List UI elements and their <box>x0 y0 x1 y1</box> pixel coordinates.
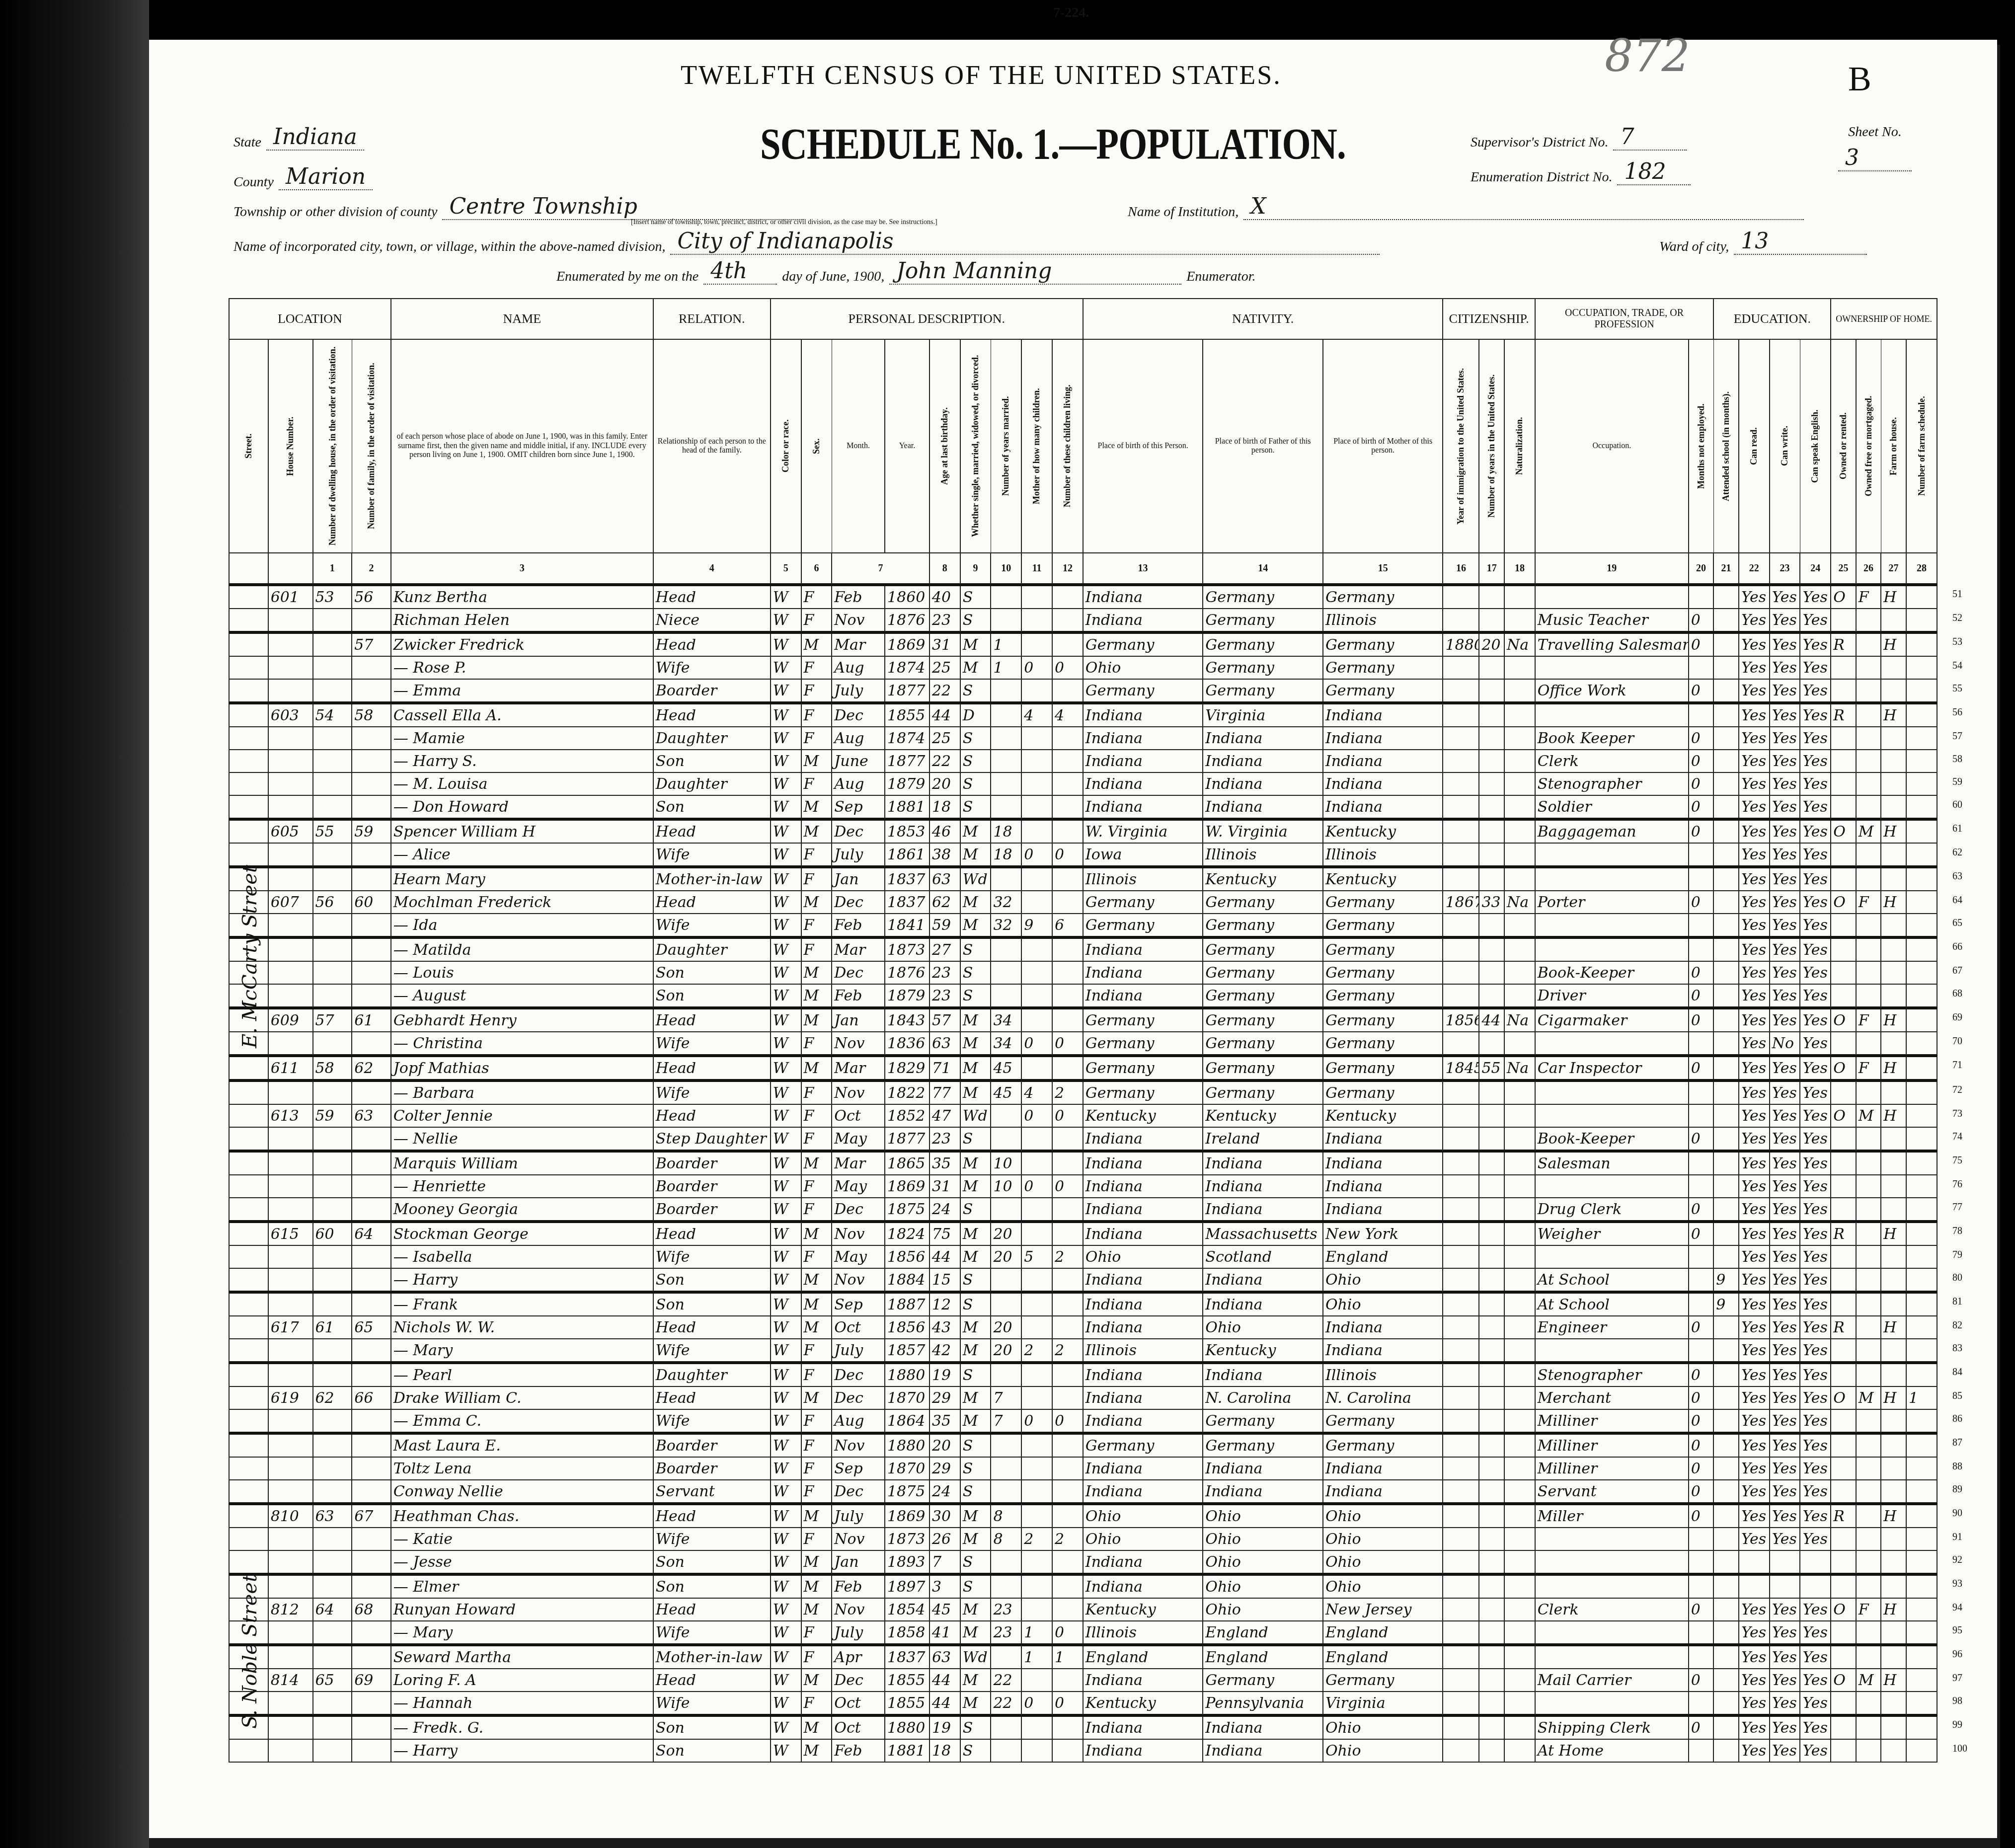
cell-birth: Germany <box>1083 1080 1203 1104</box>
cell-living <box>1052 1386 1083 1409</box>
cell-year: 1869 <box>885 632 930 656</box>
cell-father-birth: Germany <box>1203 609 1323 632</box>
cell-month: Mar <box>832 1056 885 1080</box>
cell-relation: Niece <box>653 609 771 632</box>
cell-read: Yes <box>1739 914 1770 937</box>
cell-yrs-us <box>1479 1316 1504 1339</box>
cell-unemployed <box>1689 1621 1714 1645</box>
col-month: Month. <box>832 339 885 553</box>
cell-mother-birth: Germany <box>1323 1032 1443 1056</box>
cell-natz <box>1504 656 1535 679</box>
cell-name: — M. Louisa <box>391 772 653 795</box>
cell-unemployed: 0 <box>1689 727 1714 750</box>
cell-read: Yes <box>1739 1008 1770 1032</box>
cell-house <box>268 772 313 795</box>
state-label: State <box>233 135 261 151</box>
cell-yrs-us <box>1479 1339 1504 1363</box>
cell-natz <box>1504 1363 1535 1386</box>
cell-father-birth: Indiana <box>1203 1292 1323 1316</box>
col-num: 22 <box>1739 553 1770 585</box>
cell-father-birth: Indiana <box>1203 772 1323 795</box>
table-row: — Emma C.WifeWFAug186435M700IndianaGerma… <box>229 1409 1937 1433</box>
cell-name: Colter Jennie <box>391 1104 653 1127</box>
cell-street <box>229 772 268 795</box>
cell-living: 0 <box>1052 1409 1083 1433</box>
cell-street <box>229 1550 268 1574</box>
cell-children <box>1021 937 1052 961</box>
cell-write: Yes <box>1770 891 1800 914</box>
census-title: TWELFTH CENSUS OF THE UNITED STATES. <box>681 60 1282 90</box>
cell-farm <box>1881 1198 1906 1222</box>
table-row: 6015356Kunz BerthaHeadWFFeb186040SIndian… <box>229 585 1937 609</box>
cell-write <box>1770 1550 1800 1574</box>
cell-english: Yes <box>1800 1292 1831 1316</box>
cell-write: Yes <box>1770 1739 1800 1762</box>
cell-yrs-us <box>1479 1528 1504 1550</box>
cell-year: 1856 <box>885 1245 930 1268</box>
cell-schedule <box>1906 867 1937 891</box>
cell-marital: M <box>960 1080 991 1104</box>
cell-relation: Mother-in-law <box>653 867 771 891</box>
line-number: 89 <box>1952 1484 1962 1495</box>
cell-street <box>229 1528 268 1550</box>
cell-mortgage: M <box>1856 1669 1881 1692</box>
cell-age: 29 <box>930 1386 960 1409</box>
cell-natz <box>1504 984 1535 1008</box>
cell-unemployed <box>1689 843 1714 867</box>
cell-year: 1880 <box>885 1715 930 1739</box>
cell-english: Yes <box>1800 1504 1831 1528</box>
cell-immig <box>1443 1504 1479 1528</box>
cell-school <box>1713 1739 1739 1762</box>
cell-birth: Indiana <box>1083 1175 1203 1198</box>
cell-immig <box>1443 1550 1479 1574</box>
cell-schedule <box>1906 750 1937 772</box>
cell-birth: Indiana <box>1083 750 1203 772</box>
cell-farm <box>1881 1151 1906 1175</box>
cell-living <box>1052 1550 1083 1574</box>
cell-unemployed: 0 <box>1689 961 1714 984</box>
group-location: LOCATION <box>229 299 391 339</box>
col-num: 9 <box>960 553 991 585</box>
cell-birth: Ohio <box>1083 656 1203 679</box>
cell-street <box>229 1245 268 1268</box>
cell-schedule <box>1906 1056 1937 1080</box>
cell-read: Yes <box>1739 585 1770 609</box>
cell-immig <box>1443 1292 1479 1316</box>
cell-color: W <box>771 1175 801 1198</box>
enumerator-label: Enumerator. <box>1186 269 1255 285</box>
cell-natz <box>1504 843 1535 867</box>
cell-father-birth: Indiana <box>1203 1715 1323 1739</box>
institution-field: Name of Institution, X <box>1128 194 1804 220</box>
cell-yrs-married: 45 <box>991 1080 1021 1104</box>
cell-birth: Indiana <box>1083 1574 1203 1598</box>
cell-mortgage <box>1856 843 1881 867</box>
col-name-desc: of each person whose place of abode on J… <box>391 339 653 553</box>
cell-farm <box>1881 1433 1906 1457</box>
cell-house <box>268 656 313 679</box>
cell-occupation <box>1535 843 1689 867</box>
line-number: 100 <box>1952 1743 1967 1755</box>
col-num: 16 <box>1443 553 1479 585</box>
cell-immig <box>1443 1151 1479 1175</box>
cell-children: 4 <box>1021 1080 1052 1104</box>
cell-english: Yes <box>1800 1669 1831 1692</box>
cell-street <box>229 1292 268 1316</box>
cell-immig <box>1443 1480 1479 1504</box>
cell-yrs-us <box>1479 867 1504 891</box>
cell-month: July <box>832 679 885 703</box>
cell-month: Oct <box>832 1316 885 1339</box>
cell-occupation: Weigher <box>1535 1222 1689 1245</box>
cell-year: 1824 <box>885 1222 930 1245</box>
col-num: 12 <box>1052 553 1083 585</box>
cell-mortgage <box>1856 609 1881 632</box>
cell-birth: Indiana <box>1083 1480 1203 1504</box>
cell-street <box>229 1175 268 1198</box>
cell-relation: Son <box>653 961 771 984</box>
cell-yrs-married <box>991 1739 1021 1762</box>
cell-living <box>1052 1008 1083 1032</box>
cell-name: — Henriette <box>391 1175 653 1198</box>
cell-father-birth: Germany <box>1203 1080 1323 1104</box>
cell-street <box>229 656 268 679</box>
cell-english: Yes <box>1800 656 1831 679</box>
line-number: 65 <box>1952 918 1962 929</box>
cell-schedule <box>1906 1645 1937 1669</box>
cell-color: W <box>771 585 801 609</box>
cell-house: 810 <box>268 1504 313 1528</box>
cell-owned: R <box>1831 632 1856 656</box>
cell-relation: Daughter <box>653 937 771 961</box>
cell-read: Yes <box>1739 1480 1770 1504</box>
table-row: — KatieWifeWFNov187326M822OhioOhioOhioYe… <box>229 1528 1937 1550</box>
cell-owned: O <box>1831 1056 1856 1080</box>
cell-unemployed <box>1689 1692 1714 1715</box>
cell-color: W <box>771 1386 801 1409</box>
line-number: 66 <box>1952 941 1962 953</box>
cell-house <box>268 1292 313 1316</box>
line-number: 84 <box>1952 1367 1962 1378</box>
cell-natz <box>1504 1692 1535 1715</box>
cell-name: — Fredk. G. <box>391 1715 653 1739</box>
cell-birth: Indiana <box>1083 1386 1203 1409</box>
cell-family <box>352 1480 391 1504</box>
cell-occupation: Cigarmaker <box>1535 1008 1689 1032</box>
table-row: Toltz LenaBoarderWFSep187029SIndianaIndi… <box>229 1457 1937 1480</box>
col-num: 4 <box>653 553 771 585</box>
cell-yrs-married: 23 <box>991 1621 1021 1645</box>
cell-mortgage <box>1856 937 1881 961</box>
cell-mother-birth: Ohio <box>1323 1292 1443 1316</box>
cell-street <box>229 1080 268 1104</box>
cell-children <box>1021 1550 1052 1574</box>
table-row: — HenrietteBoarderWFMay186931M1000Indian… <box>229 1175 1937 1198</box>
cell-name: Hearn Mary <box>391 867 653 891</box>
cell-natz <box>1504 679 1535 703</box>
cell-natz <box>1504 1645 1535 1669</box>
cell-father-birth: Germany <box>1203 1669 1323 1692</box>
cell-natz <box>1504 1598 1535 1621</box>
cell-sex: F <box>801 727 832 750</box>
cell-marital: S <box>960 727 991 750</box>
cell-dwelling <box>313 937 352 961</box>
cell-natz <box>1504 1316 1535 1339</box>
cell-occupation: Book-Keeper <box>1535 961 1689 984</box>
cell-read: Yes <box>1739 1433 1770 1457</box>
cell-write: Yes <box>1770 609 1800 632</box>
cell-yrs-married: 23 <box>991 1598 1021 1621</box>
cell-english: Yes <box>1800 843 1831 867</box>
cell-yrs-married: 45 <box>991 1056 1021 1080</box>
cell-unemployed: 0 <box>1689 1409 1714 1433</box>
cell-immig: 1880 <box>1443 632 1479 656</box>
supervisor-district-field: Supervisor's District No. 7 <box>1471 124 1687 151</box>
cell-father-birth: Germany <box>1203 679 1323 703</box>
cell-farm <box>1881 1127 1906 1151</box>
cell-dwelling <box>313 1127 352 1151</box>
cell-living <box>1052 585 1083 609</box>
cell-natz <box>1504 1268 1535 1292</box>
cell-dwelling: 54 <box>313 703 352 727</box>
cell-dwelling <box>313 1292 352 1316</box>
cell-english: Yes <box>1800 1032 1831 1056</box>
cell-school <box>1713 585 1739 609</box>
cell-dwelling: 58 <box>313 1056 352 1080</box>
cell-farm <box>1881 1175 1906 1198</box>
cell-name: Toltz Lena <box>391 1457 653 1480</box>
table-row: Conway NellieServantWFDec187524SIndianaI… <box>229 1480 1937 1504</box>
cell-mother-birth: New Jersey <box>1323 1598 1443 1621</box>
cell-owned <box>1831 1363 1856 1386</box>
cell-house: 613 <box>268 1104 313 1127</box>
cell-birth: Indiana <box>1083 1222 1203 1245</box>
cell-natz <box>1504 1339 1535 1363</box>
cell-color: W <box>771 1574 801 1598</box>
cell-occupation: Porter <box>1535 891 1689 914</box>
cell-sex: F <box>801 703 832 727</box>
cell-mortgage <box>1856 772 1881 795</box>
cell-relation: Head <box>653 632 771 656</box>
cell-year: 1879 <box>885 772 930 795</box>
table-row: — M. LouisaDaughterWFAug187920SIndianaIn… <box>229 772 1937 795</box>
cell-yrs-married <box>991 1127 1021 1151</box>
cell-birth: Indiana <box>1083 609 1203 632</box>
cell-birth: Germany <box>1083 1032 1203 1056</box>
col-farm-house: Farm or house. <box>1881 339 1906 553</box>
state-value: Indiana <box>266 124 364 151</box>
cell-dwelling <box>313 609 352 632</box>
cell-immig <box>1443 727 1479 750</box>
col-occupation: Occupation. <box>1535 339 1689 553</box>
cell-birth: Indiana <box>1083 984 1203 1008</box>
col-num: 1 <box>313 553 352 585</box>
cell-occupation: Music Teacher <box>1535 609 1689 632</box>
table-row: — HarrySonWMFeb188118SIndianaIndianaOhio… <box>229 1739 1937 1762</box>
cell-living <box>1052 1598 1083 1621</box>
enumerated-day: 4th <box>703 258 777 285</box>
cell-yrs-us: 55 <box>1479 1056 1504 1080</box>
cell-house: 601 <box>268 585 313 609</box>
cell-yrs-us <box>1479 679 1504 703</box>
cell-natz <box>1504 1550 1535 1574</box>
cell-schedule <box>1906 1008 1937 1032</box>
cell-unemployed <box>1689 1268 1714 1292</box>
cell-yrs-us <box>1479 750 1504 772</box>
cell-yrs-us <box>1479 772 1504 795</box>
cell-natz <box>1504 727 1535 750</box>
cell-month: Dec <box>832 1363 885 1386</box>
cell-sex: M <box>801 632 832 656</box>
cell-house <box>268 1739 313 1762</box>
cell-mother-birth: Kentucky <box>1323 867 1443 891</box>
cell-family <box>352 1292 391 1316</box>
cell-relation: Wife <box>653 1528 771 1550</box>
cell-school: 9 <box>1713 1268 1739 1292</box>
cell-unemployed <box>1689 914 1714 937</box>
cell-school <box>1713 750 1739 772</box>
cell-birth: Indiana <box>1083 961 1203 984</box>
cell-marital: S <box>960 1363 991 1386</box>
cell-yrs-us <box>1479 703 1504 727</box>
cell-sex: M <box>801 1739 832 1762</box>
cell-year: 1873 <box>885 937 930 961</box>
cell-schedule <box>1906 1669 1937 1692</box>
enumeration-label: Enumeration District No. <box>1471 169 1612 185</box>
cell-month: Oct <box>832 1104 885 1127</box>
cell-occupation <box>1535 703 1689 727</box>
cell-age: 18 <box>930 1739 960 1762</box>
cell-yrs-married <box>991 1104 1021 1127</box>
cell-sex: F <box>801 1409 832 1433</box>
cell-father-birth: Germany <box>1203 961 1323 984</box>
cell-family <box>352 772 391 795</box>
cell-children <box>1021 1504 1052 1528</box>
cell-immig <box>1443 961 1479 984</box>
cell-mother-birth: Indiana <box>1323 703 1443 727</box>
cell-yrs-married: 1 <box>991 656 1021 679</box>
city-field: Name of incorporated city, town, or vill… <box>233 229 1380 255</box>
cell-schedule <box>1906 1175 1937 1198</box>
cell-write: Yes <box>1770 1245 1800 1268</box>
group-relation: RELATION. <box>653 299 771 339</box>
cell-age: 44 <box>930 1692 960 1715</box>
cell-english: Yes <box>1800 891 1831 914</box>
cell-schedule: 1 <box>1906 1386 1937 1409</box>
cell-occupation: Salesman <box>1535 1151 1689 1175</box>
cell-occupation <box>1535 585 1689 609</box>
cell-marital: M <box>960 1528 991 1550</box>
cell-yrs-married: 7 <box>991 1386 1021 1409</box>
cell-yrs-us <box>1479 727 1504 750</box>
cell-marital: Wd <box>960 867 991 891</box>
cell-age: 22 <box>930 679 960 703</box>
cell-schedule <box>1906 961 1937 984</box>
cell-birth: Ohio <box>1083 1245 1203 1268</box>
cell-house: 603 <box>268 703 313 727</box>
cell-dwelling: 59 <box>313 1104 352 1127</box>
cell-birth: Indiana <box>1083 1457 1203 1480</box>
cell-read: Yes <box>1739 819 1770 843</box>
cell-children <box>1021 891 1052 914</box>
cell-street <box>229 727 268 750</box>
cell-read: Yes <box>1739 1528 1770 1550</box>
cell-yrs-married: 20 <box>991 1339 1021 1363</box>
cell-yrs-us <box>1479 843 1504 867</box>
cell-living <box>1052 1363 1083 1386</box>
cell-family: 58 <box>352 703 391 727</box>
cell-school <box>1713 1715 1739 1739</box>
cell-school <box>1713 1457 1739 1480</box>
cell-relation: Wife <box>653 1409 771 1433</box>
cell-mortgage <box>1856 1316 1881 1339</box>
cell-name: Stockman George <box>391 1222 653 1245</box>
cell-immig <box>1443 1692 1479 1715</box>
cell-age: 43 <box>930 1316 960 1339</box>
cell-color: W <box>771 1008 801 1032</box>
cell-dwelling: 56 <box>313 891 352 914</box>
cell-farm: H <box>1881 1008 1906 1032</box>
cell-write: Yes <box>1770 984 1800 1008</box>
cell-owned <box>1831 656 1856 679</box>
county-value: Marion <box>279 164 373 190</box>
cell-mother-birth: Ohio <box>1323 1550 1443 1574</box>
line-number: 57 <box>1952 731 1962 742</box>
cell-age: 18 <box>930 795 960 819</box>
cell-occupation: Book-Keeper <box>1535 1127 1689 1151</box>
cell-birth: Germany <box>1083 632 1203 656</box>
cell-name: — Barbara <box>391 1080 653 1104</box>
cell-children <box>1021 1008 1052 1032</box>
cell-schedule <box>1906 1457 1937 1480</box>
cell-marital: S <box>960 585 991 609</box>
cell-sex: M <box>801 1669 832 1692</box>
cell-dwelling <box>313 914 352 937</box>
cell-children: 1 <box>1021 1645 1052 1669</box>
cell-living <box>1052 1433 1083 1457</box>
cell-family <box>352 1433 391 1457</box>
cell-color: W <box>771 1056 801 1080</box>
cell-yrs-married: 1 <box>991 632 1021 656</box>
cell-owned <box>1831 1080 1856 1104</box>
cell-dwelling: 63 <box>313 1504 352 1528</box>
cell-schedule <box>1906 703 1937 727</box>
cell-farm <box>1881 937 1906 961</box>
cell-occupation: Driver <box>1535 984 1689 1008</box>
cell-immig <box>1443 703 1479 727</box>
cell-yrs-married: 32 <box>991 891 1021 914</box>
cell-street <box>229 1316 268 1339</box>
cell-year: 1837 <box>885 1645 930 1669</box>
cell-birth: Illinois <box>1083 1621 1203 1645</box>
cell-natz <box>1504 1127 1535 1151</box>
cell-mortgage <box>1856 1222 1881 1245</box>
cell-color: W <box>771 1480 801 1504</box>
cell-sex: M <box>801 1316 832 1339</box>
cell-english: Yes <box>1800 750 1831 772</box>
ward-field: Ward of city, 13 <box>1659 229 1867 255</box>
cell-name: — Elmer <box>391 1574 653 1598</box>
cell-birth: Kentucky <box>1083 1692 1203 1715</box>
cell-school <box>1713 656 1739 679</box>
cell-sex: F <box>801 1433 832 1457</box>
cell-family: 68 <box>352 1598 391 1621</box>
line-number: 55 <box>1952 683 1962 694</box>
cell-year: 1858 <box>885 1621 930 1645</box>
cell-mortgage: F <box>1856 1008 1881 1032</box>
line-number: 62 <box>1952 847 1962 858</box>
